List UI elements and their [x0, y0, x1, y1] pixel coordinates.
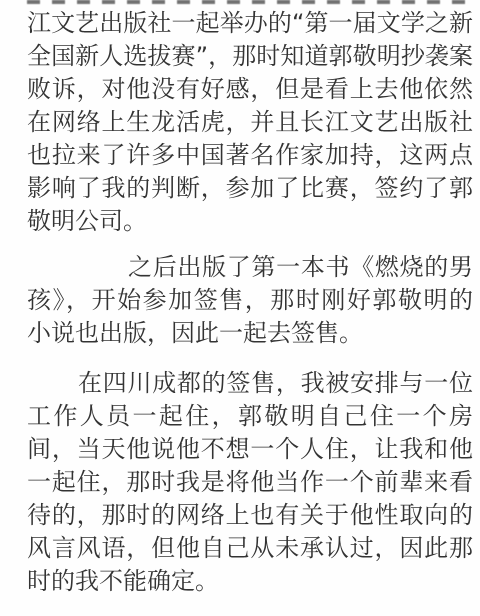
text-line: 待的，那时的网络上也有关于他性取向的	[27, 499, 473, 532]
text-line: 小说也出版，因此一起去签售。	[27, 317, 473, 350]
text-line: 在网络上生龙活虎，并且长江文艺出版社	[27, 106, 473, 139]
article-body: 江文艺出版社一起举办的“第一届文学之新 全国新人选拔赛”，那时知道郭敬明抄袭案 …	[27, 7, 473, 598]
paragraph-1: 江文艺出版社一起举办的“第一届文学之新 全国新人选拔赛”，那时知道郭敬明抄袭案 …	[27, 7, 473, 238]
text-line: 在四川成都的签售，我被安排与一位	[27, 367, 473, 400]
article-page: 江文艺出版社一起举办的“第一届文学之新 全国新人选拔赛”，那时知道郭敬明抄袭案 …	[0, 0, 480, 616]
text-line: 工作人员一起住，郭敬明自己住一个房	[27, 400, 473, 433]
text-line: 一起住，那时我是将他当作一个前辈来看	[27, 466, 473, 499]
clipped-text-fragment	[27, 0, 473, 4]
text-line: 败诉，对他没有好感，但是看上去他依然	[27, 73, 473, 106]
text-line: 时的我不能确定。	[27, 565, 473, 598]
text-line: 之后出版了第一本书《燃烧的男	[27, 251, 473, 284]
paragraph-2: 之后出版了第一本书《燃烧的男 孩》，开始参加签售，那时刚好郭敬明的 小说也出版，…	[27, 251, 473, 350]
text-line: 孩》，开始参加签售，那时刚好郭敬明的	[27, 284, 473, 317]
text-line: 江文艺出版社一起举办的“第一届文学之新	[27, 7, 473, 40]
text-line: 风言风语，但他自己从未承认过，因此那	[27, 532, 473, 565]
text-line: 全国新人选拔赛”，那时知道郭敬明抄袭案	[27, 40, 473, 73]
text-line: 敬明公司。	[27, 205, 473, 238]
text-line: 影响了我的判断，参加了比赛，签约了郭	[27, 172, 473, 205]
text-line: 也拉来了许多中国著名作家加持，这两点	[27, 139, 473, 172]
paragraph-3: 在四川成都的签售，我被安排与一位 工作人员一起住，郭敬明自己住一个房 间，当天他…	[27, 367, 473, 598]
text-line: 间，当天他说他不想一个人住，让我和他	[27, 433, 473, 466]
